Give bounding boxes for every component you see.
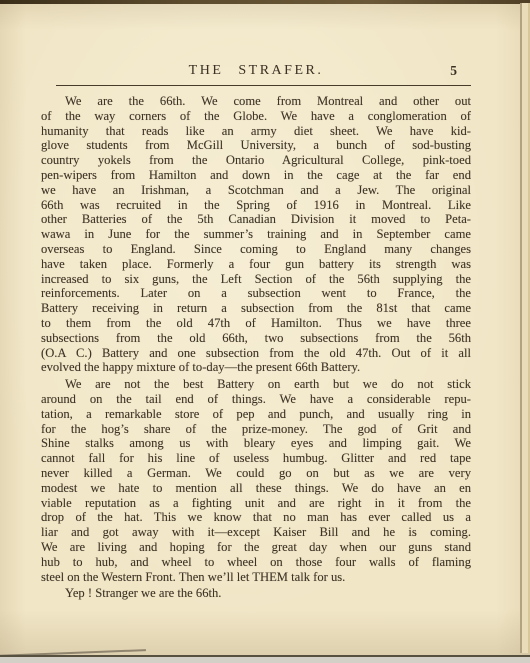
paragraph: Yep ! Stranger we are the 66th. — [41, 586, 471, 601]
text-line: Shine stalks among us with bleary eyes a… — [41, 436, 471, 451]
text-line: modest we hate to mention all these thin… — [41, 481, 471, 496]
page-header: THE STRAFER. 5 — [41, 63, 471, 79]
text-line: humanity that reads like an army diet sh… — [41, 124, 471, 139]
text-line: Yep ! Stranger we are the 66th. — [41, 586, 471, 601]
scanner-bed — [0, 657, 530, 663]
text-line: overseas to England. Since coming to Eng… — [41, 242, 471, 257]
text-line: steel on the Western Front. Then we’ll l… — [41, 570, 471, 585]
page-right-edge — [519, 3, 530, 653]
page-text: We are the 66th. We come from Montreal a… — [41, 94, 471, 601]
text-line: we have an Irishman, a Scotchman and a J… — [41, 183, 471, 198]
paragraph: We are the 66th. We come from Montreal a… — [41, 94, 471, 375]
text-line: We are living and hoping for the great d… — [41, 540, 471, 555]
journal-title: THE STRAFER. — [41, 63, 471, 79]
text-line: have taken place. Formerly a four gun ba… — [41, 257, 471, 272]
text-line: subsections from the old 66th, two subse… — [41, 331, 471, 346]
page-number: 5 — [450, 63, 457, 79]
text-line: other Batteries of the 5th Canadian Divi… — [41, 212, 471, 227]
text-line: never killed a German. We could go on bu… — [41, 466, 471, 481]
text-line: liar and got away with it—except Kaiser … — [41, 525, 471, 540]
text-line: viable reputation as a fighting unit and… — [41, 496, 471, 511]
text-line: around on the tail end of things. We hav… — [41, 392, 471, 407]
text-line: wawa in June for the summer’s training a… — [41, 227, 471, 242]
text-line: pen-wipers from Hamilton and down in the… — [41, 168, 471, 183]
text-line: tation, a remarkable store of pep and pu… — [41, 407, 471, 422]
text-line: Battery receiving in return a subsection… — [41, 301, 471, 316]
text-line: reinforcements. Later on a subsection we… — [41, 286, 471, 301]
scanned-book-page: THE STRAFER. 5 We are the 66th. We come … — [0, 0, 530, 656]
paragraph: We are not the best Battery on earth but… — [41, 377, 471, 584]
text-line: We are the 66th. We come from Montreal a… — [41, 94, 471, 109]
text-line: country yokels from the Ontario Agricult… — [41, 153, 471, 168]
text-line: evolved the happy mixture of to-day—the … — [41, 360, 471, 375]
text-line: 66th was recruited in the Spring of 1916… — [41, 198, 471, 213]
text-line: We are not the best Battery on earth but… — [41, 377, 471, 392]
text-line: hub to hub, and wheel to wheel on those … — [41, 555, 471, 570]
text-line: for the hog’s share of the prize-money. … — [41, 422, 471, 437]
text-line: to them from the old 47th of Hamilton. T… — [41, 316, 471, 331]
text-line: increased to six guns, the Left Section … — [41, 272, 471, 287]
page-top-edge — [0, 0, 530, 4]
page-content: THE STRAFER. 5 We are the 66th. We come … — [41, 63, 471, 603]
text-line: (O.A C.) Battery and one subsection from… — [41, 346, 471, 361]
text-line: drop of the hat. This we know that no ma… — [41, 510, 471, 525]
header-rule — [56, 85, 471, 86]
text-line: cannot fall for his line of useless humb… — [41, 451, 471, 466]
text-line: of the way corners of the Globe. We have… — [41, 109, 471, 124]
text-line: glove students from McGill University, a… — [41, 138, 471, 153]
